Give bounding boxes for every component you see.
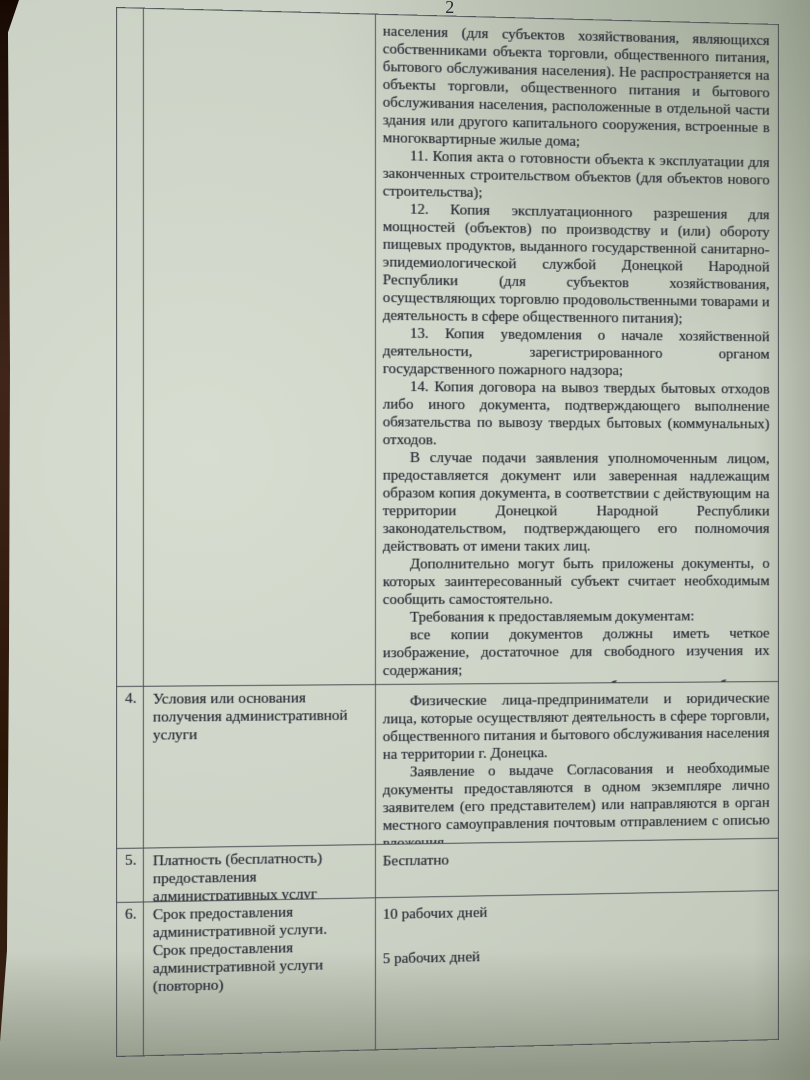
paragraph: все копии документов должны иметь четкое… bbox=[383, 625, 770, 680]
paragraph: 5 рабочих дней bbox=[383, 942, 770, 968]
row-4-content: Физические лица-предприниматели и юридич… bbox=[376, 682, 778, 845]
services-table: населения (для субъектов хозяйствования,… bbox=[116, 7, 779, 1057]
paragraph: Дополнительно могут быть приложены докум… bbox=[383, 555, 770, 609]
row-5-content: Бесплатно bbox=[376, 839, 778, 899]
paragraph: Требования к предоставляемым документам: bbox=[383, 608, 770, 627]
paragraph: 13. Копия уведомления о начале хозяйстве… bbox=[383, 325, 770, 381]
paragraph: В случае подачи заявления уполномоченным… bbox=[383, 449, 770, 556]
row-continuation-number bbox=[117, 8, 144, 687]
paragraph: 10 рабочих дней bbox=[383, 899, 770, 924]
row-continuation-content: населения (для субъектов хозяйствования,… bbox=[376, 15, 778, 685]
paragraph: Бесплатно bbox=[383, 847, 770, 871]
row-5-label: Платность (бесплатность) предоставления … bbox=[144, 845, 376, 903]
paragraph: Физические лица-предприниматели и юридич… bbox=[383, 690, 770, 764]
document-photo: 2 населения (для субъектов хозяйствовани… bbox=[0, 0, 810, 1080]
paragraph: Заявление о выдаче Согласования и необхо… bbox=[383, 759, 770, 844]
paragraph: 12. Копия эксплуатационного разрешения д… bbox=[383, 200, 770, 328]
row-4-label: Условия или основания получения админист… bbox=[144, 685, 376, 849]
row-4-number: 4. bbox=[117, 687, 144, 849]
paragraph: 11. Копия акта о готовности объекта к эк… bbox=[383, 147, 770, 207]
row-6-content: 10 рабочих дней 5 рабочих дней bbox=[376, 891, 778, 1049]
row-6-number: 6. bbox=[117, 902, 144, 1055]
row-continuation-label bbox=[144, 9, 376, 687]
row-6-label: Срок предоставления административной усл… bbox=[144, 898, 376, 1055]
paragraph: 14. Копия договора на вывоз твердых быто… bbox=[383, 378, 770, 451]
desk-edge bbox=[0, 0, 24, 1080]
row-5-number: 5. bbox=[117, 849, 144, 903]
paragraph: населения (для субъектов хозяйствования,… bbox=[383, 23, 770, 155]
